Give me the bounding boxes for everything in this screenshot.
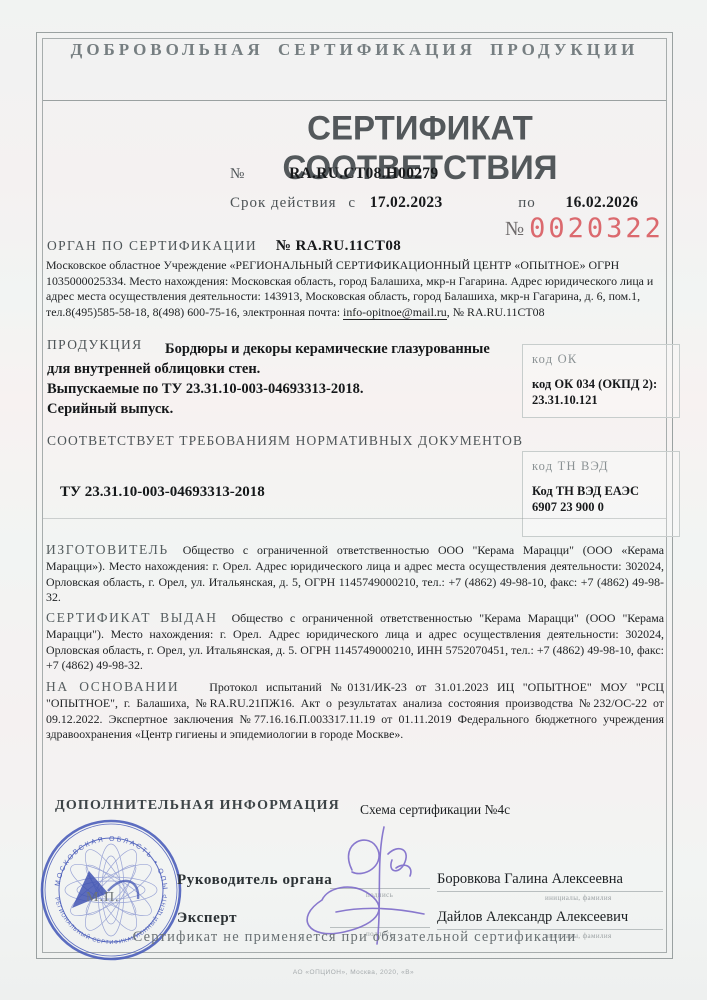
certification-body-number: № RA.RU.11CT08 <box>276 238 401 254</box>
product-section-label: ПРОДУКЦИЯ <box>47 337 143 353</box>
issued-to-label: СЕРТИФИКАТ ВЫДАН <box>46 610 218 625</box>
certification-body-label: ОРГАН ПО СЕРТИФИКАЦИИ <box>47 238 257 253</box>
from-label: с <box>348 195 356 211</box>
certificate-number: RA.RU.CT08.H00279 <box>289 165 438 182</box>
certification-body-text: Московское областное Учреждение «РЕГИОНА… <box>46 258 664 321</box>
valid-from-date: 17.02.2023 <box>370 194 443 211</box>
product-line-2: для внутренней облицовки стен. <box>47 361 260 378</box>
code-ok-label: код ОК <box>532 352 670 367</box>
manufacturer-label: ИЗГОТОВИТЕЛЬ <box>46 542 169 557</box>
certificate-number-row: № RA.RU.CT08.H00279 <box>230 165 438 183</box>
manufacturer-section: ИЗГОТОВИТЕЛЬОбщество с ограниченной отве… <box>46 541 664 606</box>
certification-scheme: Схема сертификации №4с <box>360 802 510 818</box>
product-line-4: Серийный выпуск. <box>47 401 173 418</box>
code-tnved-box: код ТН ВЭД Код ТН ВЭД ЕАЭС 6907 23 900 0 <box>522 451 680 537</box>
code-ok-value: код ОК 034 (ОКПД 2): 23.31.10.121 <box>532 377 670 408</box>
blank-print-info: АО «ОПЦИОН», Москва, 2020, «В» <box>0 969 707 976</box>
issued-to-section: СЕРТИФИКАТ ВЫДАНОбщество с ограниченной … <box>46 609 664 674</box>
product-line-1: Бордюры и декоры керамические глазурован… <box>165 341 490 358</box>
tu-standard-number: ТУ 23.31.10-003-04693313-2018 <box>60 484 265 501</box>
certification-body-heading: ОРГАН ПО СЕРТИФИКАЦИИ № RA.RU.11CT08 <box>47 238 401 255</box>
head-name-caption: инициалы, фамилия <box>545 894 612 902</box>
blank-number-digits: 0020322 <box>529 213 664 244</box>
conformity-section-label: СООТВЕТСТВУЕТ ТРЕБОВАНИЯМ НОРМАТИВНЫХ ДО… <box>47 433 523 449</box>
code-ok-box: код ОК код ОК 034 (ОКПД 2): 23.31.10.121 <box>522 344 680 418</box>
org-number-suffix: , № RA.RU.11CT08 <box>447 305 545 319</box>
header-divider-line <box>43 100 666 101</box>
certification-band-title: ДОБРОВОЛЬНАЯ СЕРТИФИКАЦИЯ ПРОДУКЦИИ <box>43 40 666 60</box>
validity-label: Срок действия <box>230 195 337 211</box>
section-divider-line <box>43 518 666 519</box>
to-label: по <box>518 195 536 211</box>
additional-info-label: ДОПОЛНИТЕЛЬНАЯ ИНФОРМАЦИЯ <box>55 798 340 814</box>
blank-number-label: № <box>505 218 524 240</box>
basis-label: НА ОСНОВАНИИ <box>46 679 179 694</box>
basis-section: НА ОСНОВАНИИПротокол испытаний №0131/ИК-… <box>46 678 664 743</box>
bottom-note: Сертификат не применяется при обязательн… <box>43 929 666 946</box>
validity-row: Срок действия с 17.02.2023 по 16.02.2026 <box>230 194 638 212</box>
number-label: № <box>230 166 245 182</box>
code-tnved-value: Код ТН ВЭД ЕАЭС 6907 23 900 0 <box>532 484 670 515</box>
org-email-link[interactable]: info-opitnoe@mail.ru <box>343 305 447 320</box>
stamp-placeholder: М.П. <box>86 890 120 906</box>
expert-role: Эксперт <box>177 910 237 927</box>
valid-to-date: 16.02.2026 <box>566 194 639 211</box>
code-tnved-label: код ТН ВЭД <box>532 459 670 474</box>
expert-name: Дайлов Александр Алексеевич <box>437 909 663 930</box>
product-line-3: Выпускаемые по ТУ 23.31.10-003-04693313-… <box>47 381 363 398</box>
blank-number: № 0020322 <box>505 213 664 244</box>
head-name: Боровкова Галина Алексеевна <box>437 871 663 892</box>
